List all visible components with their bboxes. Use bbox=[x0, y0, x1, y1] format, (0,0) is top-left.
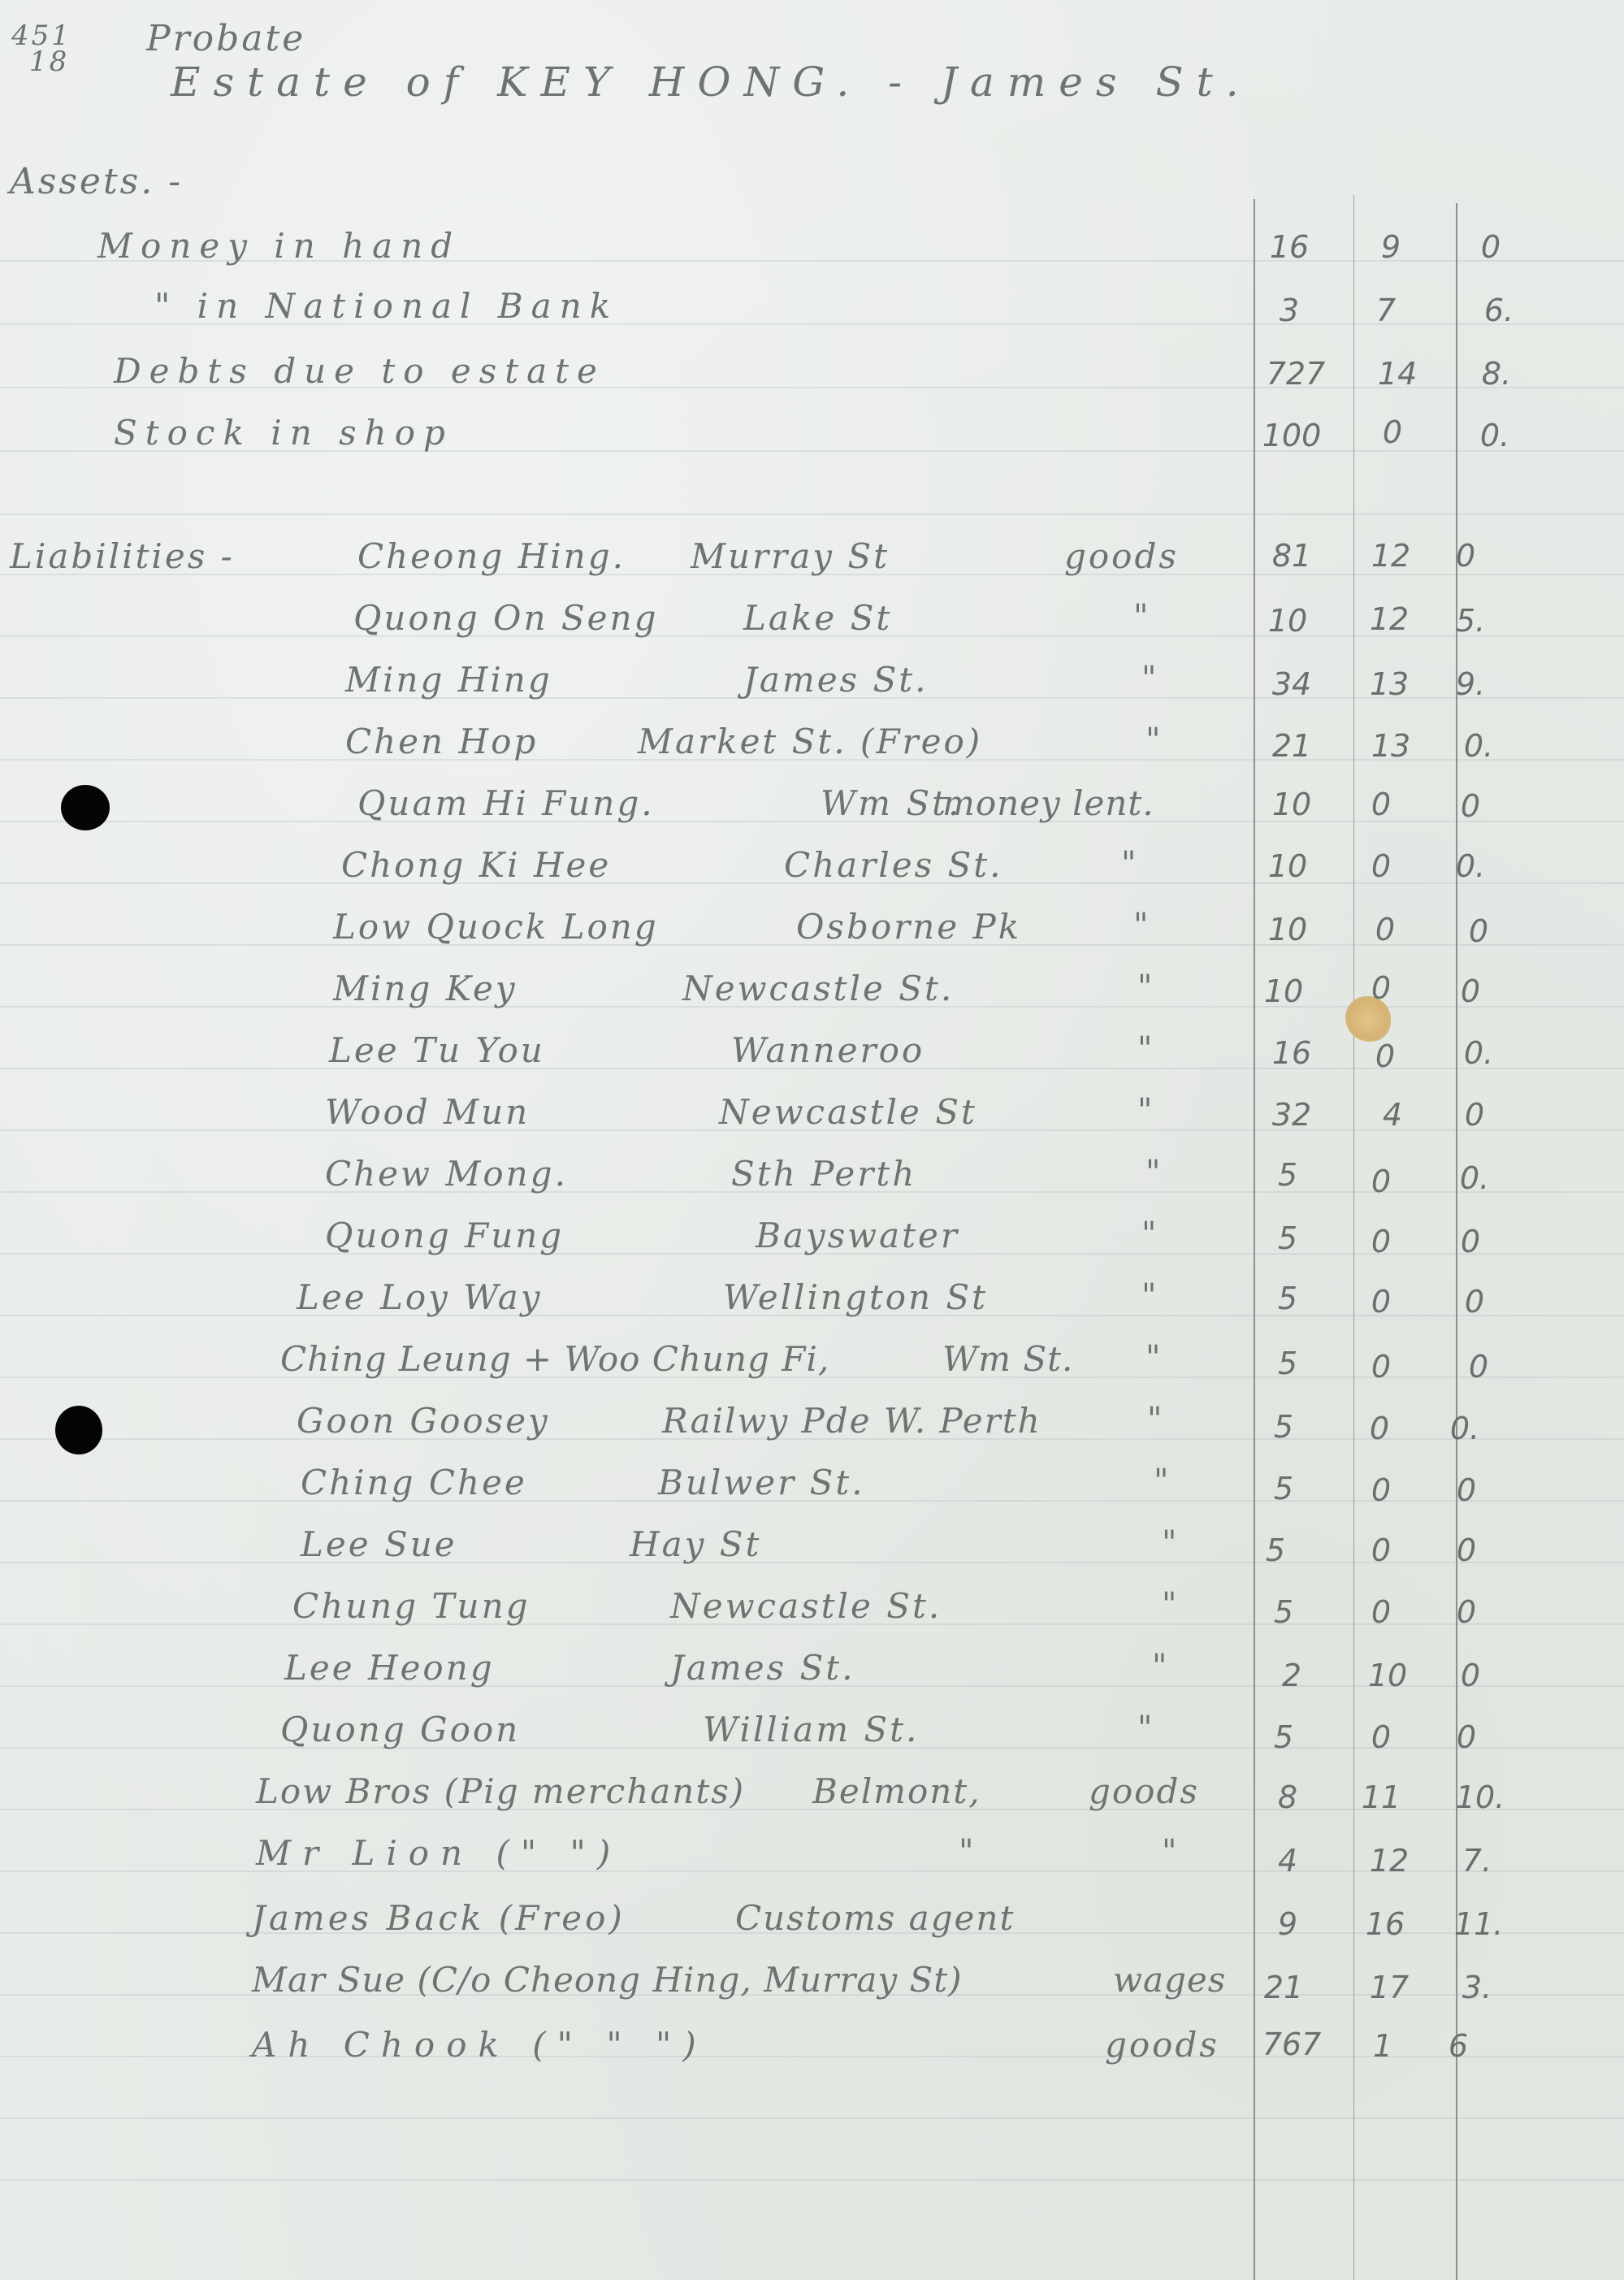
liability-pence: 0 bbox=[1426, 1719, 1507, 1755]
asset-pounds: 3 bbox=[1249, 293, 1330, 328]
creditor-name: Chen Hop bbox=[345, 722, 538, 761]
liability-pence: 0. bbox=[1424, 1411, 1505, 1446]
creditor-name: Lee Sue bbox=[301, 1524, 457, 1564]
creditor-address: Newcastle St. bbox=[682, 969, 954, 1008]
creditor-name: Ah Chook (" " ") bbox=[252, 2025, 708, 2065]
liabilities-label: Liabilities - bbox=[10, 536, 235, 576]
reference-denominator: 18 bbox=[29, 46, 69, 78]
liability-shillings: 13 bbox=[1350, 728, 1431, 764]
creditor-name: Ching Leung + Woo Chung Fi, bbox=[280, 1339, 829, 1379]
liability-pence: 3. bbox=[1436, 1970, 1518, 2005]
creditor-name: Wood Mun bbox=[325, 1092, 530, 1132]
creditor-name: Ching Chee bbox=[301, 1463, 527, 1502]
liability-shillings: 12 bbox=[1350, 538, 1431, 574]
creditor-address: James St. bbox=[743, 660, 928, 700]
creditor-address: Railwy Pde W. Perth bbox=[662, 1401, 1042, 1441]
liability-pence: 0. bbox=[1430, 848, 1511, 884]
creditor-address: Wanneroo bbox=[731, 1030, 925, 1070]
liability-pence: 0. bbox=[1438, 728, 1519, 764]
liability-pounds: 10 bbox=[1247, 603, 1328, 639]
liability-shillings: 4 bbox=[1352, 1097, 1433, 1133]
liability-pence: 7. bbox=[1436, 1843, 1518, 1879]
liability-shillings: 0 bbox=[1340, 1224, 1422, 1259]
asset-pence: 0. bbox=[1454, 418, 1535, 453]
liability-nature: " bbox=[1137, 969, 1154, 1006]
liability-nature: " bbox=[1141, 660, 1158, 697]
liability-pounds: 8 bbox=[1247, 1779, 1328, 1815]
asset-description: Debts due to estate bbox=[114, 351, 605, 391]
liability-shillings: 17 bbox=[1349, 1970, 1430, 2005]
liability-pence: 0 bbox=[1430, 788, 1511, 824]
liability-pence: 0 bbox=[1425, 538, 1506, 574]
creditor-address: Murray St bbox=[691, 536, 890, 576]
asset-description: Stock in shop bbox=[114, 413, 453, 453]
liability-pounds: 5 bbox=[1243, 1471, 1324, 1506]
creditor-name: Quong Fung bbox=[325, 1216, 564, 1255]
probate-heading: Probate bbox=[146, 18, 305, 59]
liability-nature: " bbox=[1141, 1277, 1158, 1315]
liability-nature: " bbox=[1137, 1030, 1154, 1068]
liability-shillings: 0 bbox=[1340, 1594, 1422, 1630]
liability-pence: 0 bbox=[1430, 973, 1511, 1009]
liability-shillings: 0 bbox=[1340, 1719, 1422, 1755]
asset-shillings: 7 bbox=[1345, 293, 1427, 328]
liability-pence: 5. bbox=[1430, 603, 1511, 639]
liability-nature: " bbox=[1137, 1092, 1154, 1129]
liability-pounds: 5 bbox=[1247, 1157, 1328, 1193]
liability-pence: 0 bbox=[1430, 1224, 1511, 1259]
liability-nature: wages bbox=[1113, 1960, 1226, 2000]
creditor-address: Charles St. bbox=[784, 845, 1003, 885]
creditor-name: Mar Sue (C/o Cheong Hing, Murray St) bbox=[252, 1960, 962, 2000]
creditor-name: Quong On Seng bbox=[353, 598, 658, 638]
creditor-address: Osborne Pk bbox=[796, 907, 1021, 947]
creditor-address: Wellington St bbox=[723, 1277, 988, 1317]
liability-pounds: 16 bbox=[1251, 1035, 1332, 1071]
liability-shillings: 0 bbox=[1339, 1411, 1420, 1446]
liability-shillings: 0 bbox=[1340, 1472, 1422, 1508]
liability-nature: " bbox=[1145, 1339, 1163, 1376]
liability-shillings: 1 bbox=[1342, 2028, 1423, 2064]
liability-shillings: 11 bbox=[1340, 1779, 1422, 1815]
creditor-name: Chew Mong. bbox=[325, 1154, 568, 1194]
liability-pence: 9. bbox=[1430, 666, 1511, 702]
creditor-name: Chong Ki Hee bbox=[341, 845, 611, 885]
asset-shillings: 0 bbox=[1352, 414, 1433, 450]
liability-pence: 10. bbox=[1440, 1779, 1521, 1815]
liability-pence: 0 bbox=[1438, 913, 1519, 949]
creditor-address: Bayswater bbox=[756, 1216, 959, 1255]
creditor-name: Mr Lion (" ") bbox=[256, 1833, 621, 1873]
asset-shillings: 9 bbox=[1350, 229, 1431, 265]
liability-pounds: 5 bbox=[1235, 1532, 1316, 1568]
liability-pounds: 34 bbox=[1251, 666, 1332, 702]
liability-nature: " bbox=[1152, 1648, 1169, 1685]
liability-shillings: 0 bbox=[1345, 912, 1426, 947]
punch-hole-lower bbox=[55, 1406, 102, 1454]
liability-nature: goods bbox=[1105, 2025, 1219, 2065]
liability-shillings: 0 bbox=[1340, 1349, 1422, 1385]
liability-nature: " bbox=[1162, 1586, 1179, 1623]
creditor-address: Wm St. bbox=[821, 783, 961, 823]
liability-pounds: 9 bbox=[1247, 1906, 1328, 1942]
liability-nature: goods bbox=[1064, 536, 1179, 576]
creditor-name: Lee Loy Way bbox=[297, 1277, 543, 1317]
liability-shillings: 0 bbox=[1340, 787, 1422, 822]
creditor-address: Hay St bbox=[630, 1524, 761, 1564]
liability-nature: " bbox=[1154, 1463, 1171, 1500]
creditor-name: Lee Heong bbox=[284, 1648, 495, 1688]
liability-pence: 0 bbox=[1426, 1472, 1507, 1508]
creditor-name: Lee Tu You bbox=[329, 1030, 545, 1070]
asset-description: Money in hand bbox=[97, 226, 461, 266]
liability-shillings: 0 bbox=[1340, 970, 1422, 1006]
liability-pounds: 5 bbox=[1247, 1220, 1328, 1256]
liability-pounds: 767 bbox=[1251, 2026, 1332, 2062]
creditor-address: Newcastle St bbox=[719, 1092, 977, 1132]
reference-number: 451 18 bbox=[11, 23, 71, 75]
creditor-name: Quam Hi Fung. bbox=[357, 783, 655, 823]
liability-pounds: 10 bbox=[1247, 912, 1328, 947]
liability-shillings: 16 bbox=[1345, 1906, 1426, 1942]
creditor-address: " bbox=[959, 1833, 976, 1870]
liability-pounds: 5 bbox=[1243, 1409, 1324, 1445]
liability-pence: 0 bbox=[1430, 1658, 1511, 1693]
creditor-address: Newcastle St. bbox=[670, 1586, 942, 1626]
liability-shillings: 10 bbox=[1347, 1658, 1428, 1693]
liability-shillings: 0 bbox=[1345, 1038, 1426, 1074]
liability-pounds: 10 bbox=[1243, 973, 1324, 1009]
punch-hole-upper bbox=[61, 785, 110, 830]
liability-pence: 0 bbox=[1426, 1532, 1507, 1568]
asset-shillings: 14 bbox=[1357, 356, 1438, 392]
asset-pence: 0 bbox=[1450, 229, 1531, 265]
creditor-address: Customs agent bbox=[735, 1898, 1015, 1938]
liability-pounds: 10 bbox=[1247, 848, 1328, 884]
creditor-name: James Back (Freo) bbox=[252, 1898, 626, 1938]
liability-pence: 6 bbox=[1418, 2028, 1499, 2064]
creditor-name: Chung Tung bbox=[292, 1586, 531, 1626]
liability-shillings: 12 bbox=[1349, 601, 1430, 637]
liability-shillings: 0 bbox=[1340, 848, 1422, 884]
document-title: Estate of KEY HONG. - James St. bbox=[171, 59, 1252, 106]
liability-nature: " bbox=[1121, 845, 1138, 882]
creditor-name: Cheong Hing. bbox=[357, 536, 626, 576]
creditor-address: James St. bbox=[670, 1648, 855, 1688]
liability-nature: money lent. bbox=[942, 783, 1154, 823]
creditor-address: Wm St. bbox=[942, 1339, 1073, 1379]
liability-shillings: 12 bbox=[1349, 1843, 1430, 1879]
liability-nature: " bbox=[1162, 1524, 1179, 1562]
liability-nature: " bbox=[1162, 1833, 1179, 1870]
liability-pounds: 32 bbox=[1251, 1097, 1332, 1133]
creditor-address: Belmont, bbox=[812, 1771, 981, 1811]
creditor-name: Ming Key bbox=[333, 969, 518, 1008]
creditor-address: Market St. (Freo) bbox=[638, 722, 982, 761]
liability-pence: 11. bbox=[1438, 1906, 1519, 1942]
asset-description: " in National Bank bbox=[154, 286, 618, 326]
liability-pence: 0 bbox=[1434, 1284, 1515, 1320]
asset-pounds: 727 bbox=[1255, 356, 1336, 392]
liability-nature: " bbox=[1147, 1401, 1164, 1438]
liability-nature: " bbox=[1133, 598, 1150, 635]
liability-pounds: 5 bbox=[1243, 1719, 1324, 1755]
creditor-name: Ming Hing bbox=[345, 660, 552, 700]
liability-nature: " bbox=[1145, 722, 1163, 759]
liability-pounds: 5 bbox=[1243, 1594, 1324, 1630]
creditor-address: Bulwer St. bbox=[658, 1463, 865, 1502]
liability-pence: 0. bbox=[1438, 1035, 1519, 1071]
liability-pence: 0 bbox=[1426, 1594, 1507, 1630]
liability-pounds: 5 bbox=[1247, 1346, 1328, 1381]
asset-pence: 6. bbox=[1458, 293, 1540, 328]
liability-nature: " bbox=[1141, 1216, 1158, 1253]
liability-pence: 0 bbox=[1434, 1097, 1515, 1133]
creditor-name: Quong Goon bbox=[280, 1710, 520, 1749]
liability-pounds: 2 bbox=[1251, 1658, 1332, 1693]
asset-pence: 8. bbox=[1456, 356, 1537, 392]
liability-nature: " bbox=[1145, 1154, 1163, 1191]
liability-shillings: 0 bbox=[1340, 1284, 1422, 1320]
liability-pounds: 21 bbox=[1243, 1970, 1324, 2005]
asset-pounds: 100 bbox=[1251, 418, 1332, 453]
liability-pounds: 81 bbox=[1251, 538, 1332, 574]
liability-shillings: 0 bbox=[1340, 1164, 1422, 1199]
creditor-name: Goon Goosey bbox=[297, 1401, 550, 1441]
liability-shillings: 0 bbox=[1340, 1532, 1422, 1568]
liability-pence: 0. bbox=[1434, 1160, 1515, 1196]
liability-pounds: 10 bbox=[1251, 787, 1332, 822]
creditor-address: Sth Perth bbox=[731, 1154, 916, 1194]
liability-pounds: 5 bbox=[1247, 1281, 1328, 1316]
creditor-address: Lake St bbox=[743, 598, 892, 638]
creditor-name: Low Bros (Pig merchants) bbox=[256, 1771, 745, 1811]
creditor-name: Low Quock Long bbox=[333, 907, 659, 947]
asset-pounds: 16 bbox=[1249, 229, 1330, 265]
liability-nature: goods bbox=[1089, 1771, 1199, 1811]
liability-nature: " bbox=[1133, 907, 1150, 944]
creditor-address: William St. bbox=[703, 1710, 919, 1749]
liability-pounds: 21 bbox=[1251, 728, 1332, 764]
liability-shillings: 13 bbox=[1349, 666, 1430, 702]
liability-pence: 0 bbox=[1438, 1349, 1519, 1385]
liability-pounds: 4 bbox=[1247, 1843, 1328, 1879]
assets-label: Assets. - bbox=[10, 161, 183, 202]
liability-nature: " bbox=[1137, 1710, 1154, 1747]
